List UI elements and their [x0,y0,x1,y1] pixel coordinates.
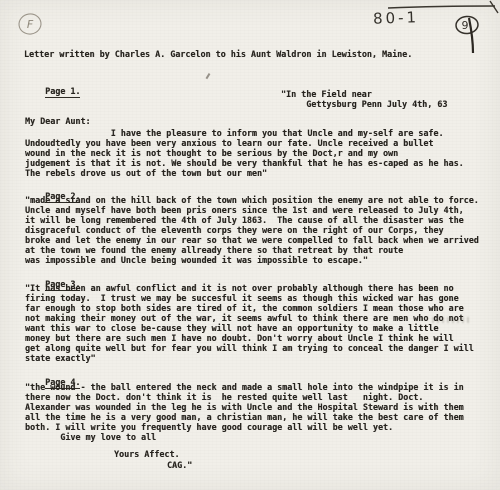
page-1-body: I have the pleasure to inform you that U… [25,128,464,178]
letter-signature: CAG." [167,460,192,470]
circled-letter-f-glyph: F [27,18,34,31]
circled-number-glyph: 9 [462,19,469,32]
stray-pencil-mark [206,73,210,79]
page-2-body: "made a stand on the hill back of the to… [25,195,479,265]
handwritten-doc-number: 80-1 [373,8,420,28]
scanned-letter-transcription: F 80-1 9 Letter written by Charles A. Ga… [0,0,500,490]
page-1-heading: Page 1. [25,76,80,108]
letter-description: Letter written by Charles A. Garcelon to… [24,49,412,59]
page-1-heading-text: Page 1. [45,86,80,98]
letter-valediction: Yours Affect. [114,449,180,459]
ink-smudge [432,317,470,323]
letter-salutation: My Dear Aunt: [25,116,91,126]
circled-letter-f-annotation: F [16,11,46,39]
page-4-body: "the wound - the ball entered the neck a… [25,382,464,442]
circled-number-annotation: 9 [452,13,496,61]
page-3-body: "It has been an awful conflict and it is… [25,283,474,363]
letter-dateline: "In the Field near Gettysburg Penn July … [281,89,447,109]
